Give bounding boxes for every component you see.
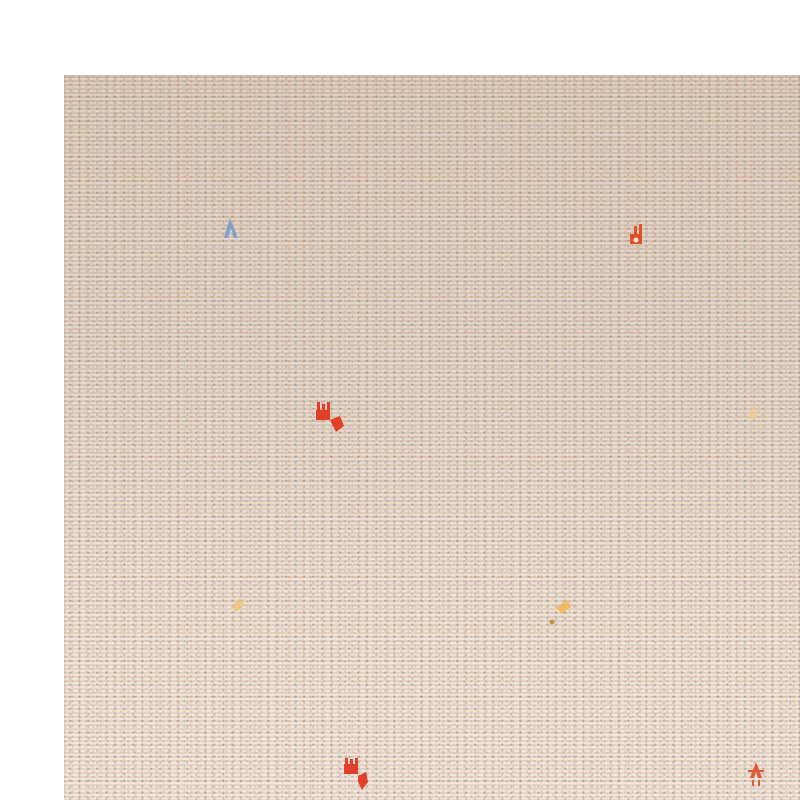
blue-figure-motif	[224, 218, 238, 238]
orange-mark-left-motif	[232, 598, 244, 612]
orange-mark-center-motif	[550, 600, 573, 625]
red-animal-motif-left	[316, 402, 344, 432]
rug-motifs	[0, 0, 800, 800]
orange-mark-right-motif	[748, 406, 758, 422]
red-animal-motif-bottom	[344, 758, 368, 790]
red-animal-motif-top	[630, 224, 642, 244]
red-figure-motif-bottom	[748, 762, 764, 786]
